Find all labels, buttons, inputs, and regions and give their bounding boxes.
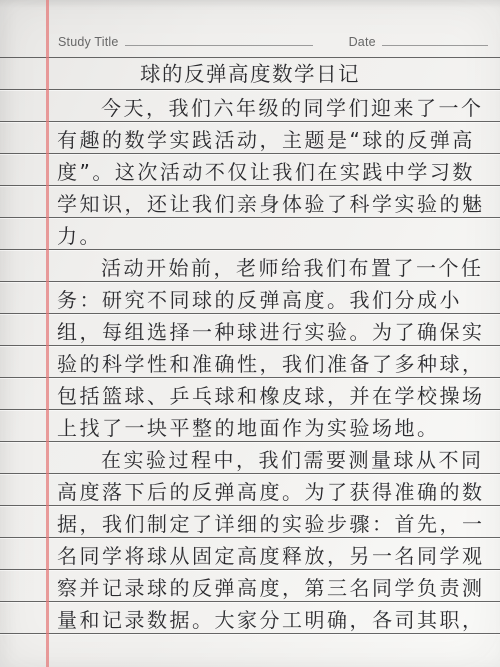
study-title-label: Study Title: [58, 35, 119, 49]
diary-line: 有趣的数学实践活动，主题是“球的反弹高: [0, 122, 500, 154]
diary-line-text: 察并记录球的反弹高度，第三名同学负责测: [57, 578, 485, 599]
diary-line: 名同学将球从固定高度释放，另一名同学观: [0, 538, 500, 570]
diary-line-text: 活动开始前，老师给我们布置了一个任: [101, 258, 484, 279]
diary-line: 务：研究不同球的反弹高度。我们分成小: [0, 282, 500, 314]
diary-line-text: 今天，我们六年级的同学们迎来了一个: [101, 98, 484, 119]
diary-line: 度”。这次活动不仅让我们在实践中学习数: [0, 154, 500, 186]
diary-line: 活动开始前，老师给我们布置了一个任: [0, 250, 500, 282]
diary-line-text: 名同学将球从固定高度释放，另一名同学观: [57, 546, 485, 567]
diary-line: 在实验过程中，我们需要测量球从不同: [0, 442, 500, 474]
diary-line-text: 在实验过程中，我们需要测量球从不同: [101, 450, 484, 471]
diary-line-text: 学知识，还让我们亲身体验了科学实验的魅: [57, 194, 485, 215]
diary-line: 验的科学性和准确性，我们准备了多种球，: [0, 346, 500, 378]
diary-line-text: 验的科学性和准确性，我们准备了多种球，: [57, 354, 485, 375]
diary-line-text: 包括篮球、乒乓球和橡皮球，并在学校操场: [57, 386, 485, 407]
margin-line: [46, 0, 49, 667]
diary-line: 察并记录球的反弹高度，第三名同学负责测: [0, 570, 500, 602]
diary-line: 上找了一块平整的地面作为实验场地。: [0, 410, 500, 442]
diary-line-text: 力。: [57, 226, 102, 247]
diary-line-text: 据，我们制定了详细的实验步骤：首先，一: [57, 514, 485, 535]
diary-line-text: 组，每组选择一种球进行实验。为了确保实: [57, 322, 485, 343]
diary-line: 今天，我们六年级的同学们迎来了一个: [0, 90, 500, 122]
diary-line: 组，每组选择一种球进行实验。为了确保实: [0, 314, 500, 346]
diary-line: 高度落下后的反弹高度。为了获得准确的数: [0, 474, 500, 506]
date-field: Date: [349, 33, 488, 49]
diary-title: 球的反弹高度数学日记: [140, 64, 360, 86]
diary-line: 据，我们制定了详细的实验步骤：首先，一: [0, 506, 500, 538]
diary-line-text: 度”。这次活动不仅让我们在实践中学习数: [57, 162, 475, 183]
study-title-field: Study Title: [58, 33, 313, 49]
ruled-area: 球的反弹高度数学日记 今天，我们六年级的同学们迎来了一个 有趣的数学实践活动，主…: [0, 57, 500, 634]
diary-line: 力。: [0, 218, 500, 250]
diary-title-row: 球的反弹高度数学日记: [0, 58, 500, 90]
page-header: Study Title Date: [0, 0, 500, 57]
date-blank: [382, 33, 488, 46]
diary-line-text: 高度落下后的反弹高度。为了获得准确的数: [57, 482, 485, 503]
diary-line: 学知识，还让我们亲身体验了科学实验的魅: [0, 186, 500, 218]
diary-line: 包括篮球、乒乓球和橡皮球，并在学校操场: [0, 378, 500, 410]
diary-line-text: 量和记录数据。大家分工明确，各司其职，: [57, 610, 485, 631]
diary-line-text: 务：研究不同球的反弹高度。我们分成小: [57, 290, 462, 311]
notebook-page: Study Title Date 球的反弹高度数学日记 今天，我们六年级的同学们…: [0, 0, 500, 667]
diary-line-text: 上找了一块平整的地面作为实验场地。: [57, 418, 440, 439]
date-label: Date: [349, 35, 376, 49]
diary-line-text: 有趣的数学实践活动，主题是“球的反弹高: [57, 130, 475, 151]
study-title-blank: [125, 33, 313, 46]
diary-line: 量和记录数据。大家分工明确，各司其职，: [0, 602, 500, 634]
